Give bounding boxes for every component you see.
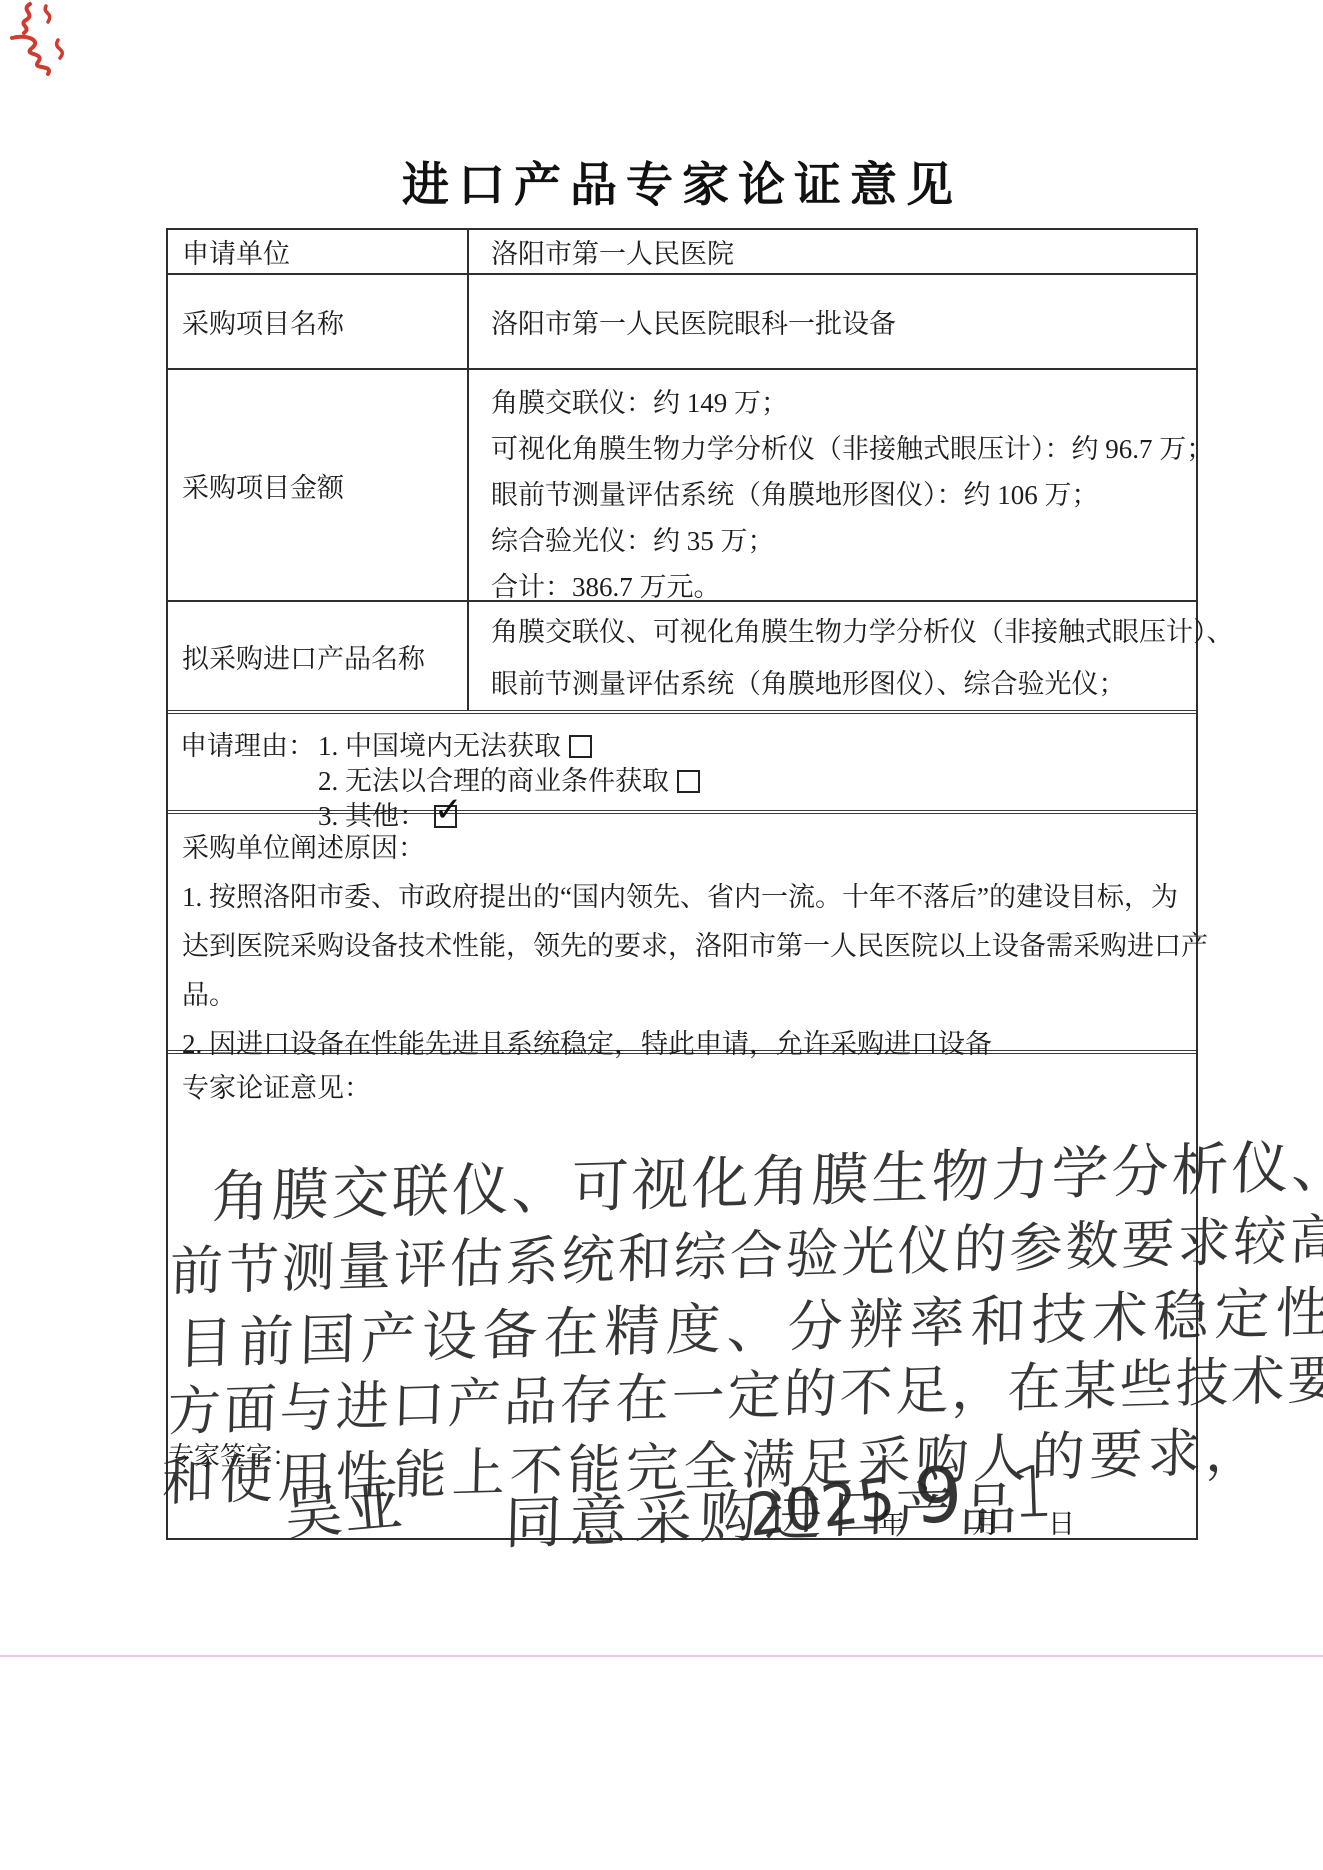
expert-opinion-header: 专家论证意见： (182, 1066, 1196, 1105)
project-amount-label: 采购项目金额 (168, 370, 469, 600)
table-row-applicant: 申请单位 洛阳市第一人民医院 (168, 230, 1196, 275)
date-year-unit: 年 (878, 1502, 905, 1541)
import-products-value: 角膜交联仪、可视化角膜生物力学分析仪（非接触式眼压计）、 眼前节测量评估系统（角… (469, 602, 1234, 710)
import-products-line: 角膜交联仪、可视化角膜生物力学分析仪（非接触式眼压计）、 (491, 606, 1234, 658)
amount-line: 可视化角膜生物力学分析仪（非接触式眼压计）：约 96.7 万； (491, 426, 1213, 472)
table-row-project-amount: 采购项目金额 角膜交联仪：约 149 万； 可视化角膜生物力学分析仪（非接触式眼… (168, 370, 1196, 602)
checkbox-unreasonable-terms (677, 770, 700, 793)
applicant-value: 洛阳市第一人民医院 (469, 230, 1196, 273)
amount-line: 眼前节测量评估系统（角膜地形图仪）：约 106 万； (491, 472, 1213, 518)
apply-reason-label: 申请理由： (180, 729, 318, 764)
applicant-label: 申请单位 (168, 230, 469, 273)
date-month-handwritten: 9 (912, 1449, 968, 1541)
checkbox-unavailable-in-china (569, 735, 592, 758)
project-name-label: 采购项目名称 (168, 275, 469, 368)
import-products-line: 眼前节测量评估系统（角膜地形图仪）、综合验光仪； (491, 658, 1234, 710)
project-name-value: 洛阳市第一人民医院眼科一批设备 (469, 275, 1196, 368)
amount-line: 角膜交联仪：约 149 万； (491, 380, 1213, 426)
purchaser-reason-line: 1. 按照洛阳市委、市政府提出的“国内领先、省内一流。十年不落后”的建设目标，为 (182, 873, 1180, 922)
project-amount-value: 角膜交联仪：约 149 万； 可视化角膜生物力学分析仪（非接触式眼压计）：约 9… (469, 370, 1213, 600)
scan-artifact-pink-line (0, 1655, 1323, 1657)
table-row-import-products: 拟采购进口产品名称 角膜交联仪、可视化角膜生物力学分析仪（非接触式眼压计）、 眼… (168, 602, 1196, 714)
scanned-document-page: 进口产品专家论证意见 申请单位 洛阳市第一人民医院 采购项目名称 洛阳市第一人民… (0, 0, 1323, 1870)
purchaser-reason-header: 采购单位阐述原因： (182, 824, 1180, 873)
apply-reason-item-2: 2. 无法以合理的商业条件获取 (318, 764, 669, 799)
purchaser-reason-line: 达到医院采购设备技术性能，领先的要求，洛阳市第一人民医院以上设备需采购进口产 (182, 922, 1180, 971)
expert-signature-handwritten: 吴亚 (280, 1458, 407, 1552)
date-month-unit: 月 (972, 1502, 999, 1541)
expert-signature-label: 专家签字： (168, 1436, 298, 1473)
purchaser-reason-line: 品。 (182, 971, 1180, 1020)
table-row-apply-reason: 申请理由： 1. 中国境内无法获取 2. 无法以合理的商业条件获取 3. 其他：… (168, 714, 1196, 814)
import-products-label: 拟采购进口产品名称 (168, 602, 469, 710)
document-title: 进口产品专家论证意见 (166, 148, 1198, 215)
apply-reason-item-1: 1. 中国境内无法获取 (318, 729, 561, 764)
apply-reason-line-1: 申请理由： 1. 中国境内无法获取 (180, 729, 1196, 764)
date-day-unit: 日 (1048, 1502, 1075, 1541)
table-row-purchaser-reason: 采购单位阐述原因： 1. 按照洛阳市委、市政府提出的“国内领先、省内一流。十年不… (168, 814, 1196, 1054)
red-stamp-fragment-icon (2, 0, 92, 95)
table-row-project-name: 采购项目名称 洛阳市第一人民医院眼科一批设备 (168, 275, 1196, 370)
amount-line: 综合验光仪：约 35 万； (491, 518, 1213, 564)
